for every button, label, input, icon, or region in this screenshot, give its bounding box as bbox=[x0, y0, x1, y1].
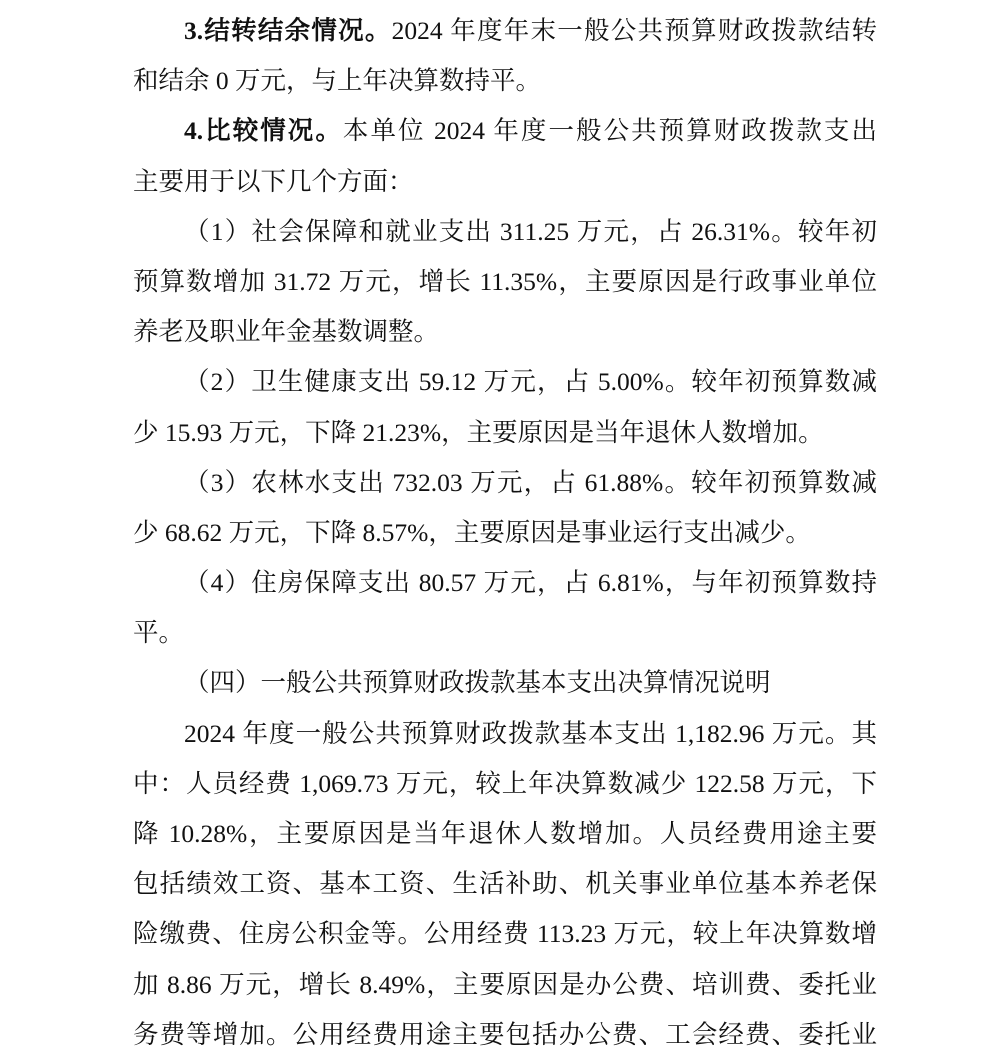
text-segment: 预算数增加 31.72 万元，增长 11.35%，主要原因是行政事业单位 bbox=[133, 267, 877, 296]
text-line: 预算数增加 31.72 万元，增长 11.35%，主要原因是行政事业单位 bbox=[133, 257, 877, 307]
text-line: 包括绩效工资、基本工资、生活补助、机关事业单位基本养老保 bbox=[133, 859, 877, 909]
text-segment: 中：人员经费 1,069.73 万元，较上年决算数减少 122.58 万元，下 bbox=[133, 769, 877, 798]
bold-heading-segment: 3.结转结余情况。 bbox=[184, 16, 392, 45]
text-segment: 2024 年度一般公共预算财政拨款基本支出 1,182.96 万元。其 bbox=[184, 719, 877, 748]
text-segment: 包括绩效工资、基本工资、生活补助、机关事业单位基本养老保 bbox=[133, 869, 877, 898]
text-segment: （四）一般公共预算财政拨款基本支出决算情况说明 bbox=[184, 668, 771, 697]
text-segment: 少 68.62 万元，下降 8.57%，主要原因是事业运行支出减少。 bbox=[133, 518, 811, 547]
text-segment: 加 8.86 万元，增长 8.49%，主要原因是办公费、培训费、委托业 bbox=[133, 970, 877, 999]
text-line: 主要用于以下几个方面： bbox=[133, 157, 877, 207]
text-line: （3）农林水支出 732.03 万元，占 61.88%。较年初预算数减 bbox=[133, 458, 877, 508]
text-segment: 务费等增加。公用经费用途主要包括办公费、工会经费、委托业 bbox=[133, 1020, 877, 1049]
text-segment: 本单位 2024 年度一般公共预算财政拨款支出 bbox=[343, 116, 877, 145]
text-segment: （3）农林水支出 732.03 万元，占 61.88%。较年初预算数减 bbox=[184, 468, 877, 497]
text-line: （四）一般公共预算财政拨款基本支出决算情况说明 bbox=[133, 658, 877, 708]
text-line: 加 8.86 万元，增长 8.49%，主要原因是办公费、培训费、委托业 bbox=[133, 960, 877, 1010]
text-line: （2）卫生健康支出 59.12 万元，占 5.00%。较年初预算数减 bbox=[133, 357, 877, 407]
text-line: 少 15.93 万元，下降 21.23%，主要原因是当年退休人数增加。 bbox=[133, 408, 877, 458]
text-line: （1）社会保障和就业支出 311.25 万元，占 26.31%。较年初 bbox=[133, 207, 877, 257]
text-segment: 险缴费、住房公积金等。公用经费 113.23 万元，较上年决算数增 bbox=[133, 919, 877, 948]
text-segment: 平。 bbox=[133, 618, 184, 647]
text-segment: 养老及职业年金基数调整。 bbox=[133, 317, 439, 346]
text-line: 养老及职业年金基数调整。 bbox=[133, 307, 877, 357]
text-segment: 和结余 0 万元，与上年决算数持平。 bbox=[133, 66, 541, 95]
text-line: 少 68.62 万元，下降 8.57%，主要原因是事业运行支出减少。 bbox=[133, 508, 877, 558]
text-segment: （2）卫生健康支出 59.12 万元，占 5.00%。较年初预算数减 bbox=[184, 367, 877, 396]
text-segment: （4）住房保障支出 80.57 万元，占 6.81%，与年初预算数持 bbox=[184, 568, 877, 597]
text-line: 3.结转结余情况。2024 年度年末一般公共预算财政拨款结转 bbox=[133, 6, 877, 56]
text-segment: 2024 年度年末一般公共预算财政拨款结转 bbox=[392, 16, 877, 45]
text-line: 务费等增加。公用经费用途主要包括办公费、工会经费、委托业 bbox=[133, 1010, 877, 1060]
text-segment: 少 15.93 万元，下降 21.23%，主要原因是当年退休人数增加。 bbox=[133, 418, 824, 447]
text-segment: 主要用于以下几个方面： bbox=[133, 167, 414, 196]
text-line: 和结余 0 万元，与上年决算数持平。 bbox=[133, 56, 877, 106]
text-segment: 降 10.28%，主要原因是当年退休人数增加。人员经费用途主要 bbox=[133, 819, 877, 848]
text-segment: （1）社会保障和就业支出 311.25 万元，占 26.31%。较年初 bbox=[184, 217, 877, 246]
text-line: 平。 bbox=[133, 608, 877, 658]
text-line: 中：人员经费 1,069.73 万元，较上年决算数减少 122.58 万元，下 bbox=[133, 759, 877, 809]
text-line: 险缴费、住房公积金等。公用经费 113.23 万元，较上年决算数增 bbox=[133, 909, 877, 959]
text-line: 4.比较情况。本单位 2024 年度一般公共预算财政拨款支出 bbox=[133, 106, 877, 156]
bold-heading-segment: 4.比较情况。 bbox=[184, 116, 343, 145]
text-line: （4）住房保障支出 80.57 万元，占 6.81%，与年初预算数持 bbox=[133, 558, 877, 608]
text-line: 2024 年度一般公共预算财政拨款基本支出 1,182.96 万元。其 bbox=[133, 709, 877, 759]
document-page: 3.结转结余情况。2024 年度年末一般公共预算财政拨款结转和结余 0 万元，与… bbox=[133, 6, 877, 1060]
text-line: 降 10.28%，主要原因是当年退休人数增加。人员经费用途主要 bbox=[133, 809, 877, 859]
